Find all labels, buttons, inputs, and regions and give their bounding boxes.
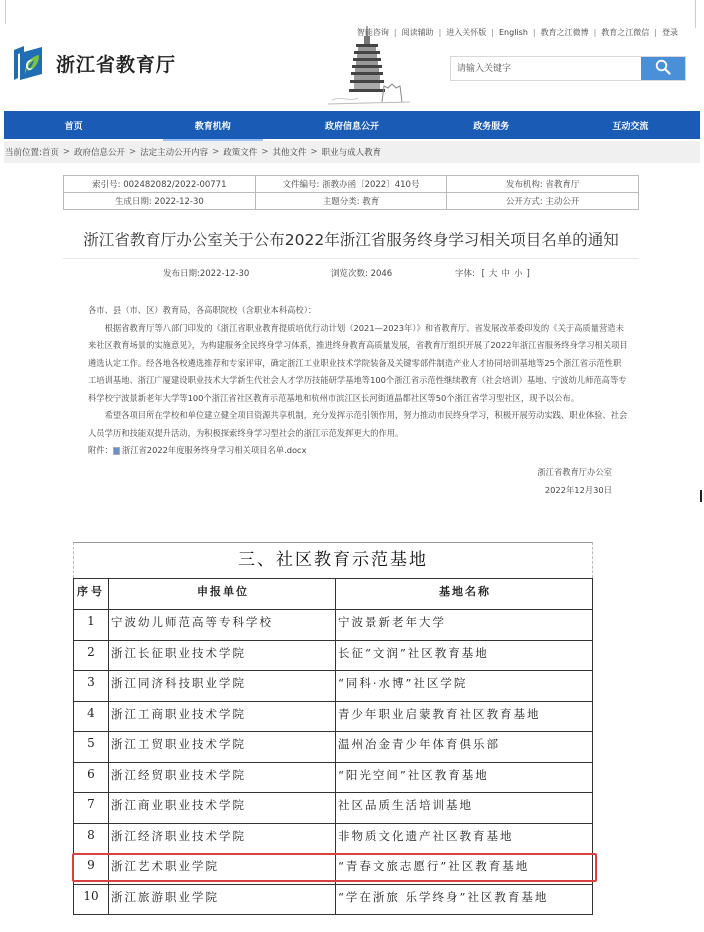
meta-index-no: 索引号: 002482082/2022-00771: [64, 176, 256, 193]
meta-disclosure: 公开方式: 主动公开: [447, 193, 639, 210]
row-unit: 浙江商业职业技术学院: [109, 793, 336, 824]
font-size-control: 字体: [大中小]: [453, 267, 532, 279]
row-unit: 浙江工商职业技术学院: [109, 701, 336, 732]
row-no: 6: [74, 762, 109, 793]
site-name: 浙江省教育厅: [56, 50, 176, 77]
column-header-unit: 申报单位: [109, 579, 336, 610]
section-title: 三、社区教育示范基地: [73, 542, 593, 578]
paragraph-2: 希望各项目所在学校和单位建立健全项目资源共享机制，充分发挥示范引领作用，努力推动…: [88, 407, 628, 442]
divider: |: [594, 28, 597, 37]
attachment-row: 附件： 浙江省2022年度服务终身学习相关项目名单.docx: [88, 442, 628, 460]
site-logo[interactable]: 浙江省教育厅: [12, 44, 176, 82]
row-no: 5: [74, 732, 109, 763]
row-no: 9: [74, 854, 109, 885]
row-base: “学在浙旅 乐学终身”社区教育基地: [336, 884, 593, 915]
salutation: 各市、县（市、区）教育局，各高职院校（含职业本科高校）：: [88, 302, 628, 320]
pagoda-illustration-icon: [322, 24, 412, 108]
row-base: 长征“文润”社区教育基地: [336, 640, 593, 671]
row-base: 宁波景新老年大学: [336, 610, 593, 641]
table-row: 10 浙江旅游职业学院 “学在浙旅 乐学终身”社区教育基地: [74, 884, 593, 915]
signer: 浙江省教育厅办公室: [537, 466, 612, 478]
docx-file-icon: [113, 447, 120, 455]
table-row: 3 浙江同济科技职业学院 “同科·水博”社区学院: [74, 671, 593, 702]
row-base: 社区品质生活培训基地: [336, 793, 593, 824]
row-no: 1: [74, 610, 109, 641]
nav-gov-info[interactable]: 政府信息公开: [282, 111, 421, 139]
bracket-close: ]: [526, 269, 529, 279]
meta-topic: 主题分类: 教育: [255, 193, 447, 210]
window-edge-right: [695, 0, 696, 28]
meta-created: 生成日期: 2022-12-30: [64, 193, 256, 210]
search-icon: [655, 59, 671, 79]
chevron-right-icon: >: [212, 147, 219, 157]
attachment-list: 三、社区教育示范基地 序号 申报单位 基地名称 1 宁波幼儿师范高等专科学校 宁…: [73, 542, 595, 932]
chevron-right-icon: >: [310, 147, 317, 157]
row-unit: 浙江旅游职业学院: [109, 884, 336, 915]
table-row: 5 浙江工贸职业技术学院 温州冶金青少年体育俱乐部: [74, 732, 593, 763]
breadcrumb-vocational[interactable]: 职业与成人教育: [322, 146, 382, 158]
view-count: 浏览次数: 2046: [331, 267, 392, 279]
chevron-right-icon: >: [129, 147, 136, 157]
sign-date: 2022年12月30日: [545, 484, 612, 496]
nav-institutions[interactable]: 教育机构: [143, 111, 282, 139]
meta-doc-no: 文件编号: 浙教办函〔2022〕410号: [255, 176, 447, 193]
breadcrumb: 当前位置: 首页 > 政府信息公开 > 法定主动公开内容 > 政策文件 > 其他…: [4, 141, 700, 163]
font-medium-button[interactable]: 中: [501, 269, 510, 279]
table-header-row: 序号 申报单位 基地名称: [74, 579, 593, 610]
row-base: “阳光空间”社区教育基地: [336, 762, 593, 793]
divider: |: [533, 28, 536, 37]
row-unit: 浙江经贸职业技术学院: [109, 762, 336, 793]
row-unit: 浙江工贸职业技术学院: [109, 732, 336, 763]
row-unit: 浙江同济科技职业学院: [109, 671, 336, 702]
table-row: 1 宁波幼儿师范高等专科学校 宁波景新老年大学: [74, 610, 593, 641]
search-button[interactable]: [641, 57, 685, 80]
divider: |: [654, 28, 657, 37]
row-base: 温州冶金青少年体育俱乐部: [336, 732, 593, 763]
breadcrumb-other[interactable]: 其他文件: [272, 146, 306, 158]
row-unit: 浙江经济职业技术学院: [109, 823, 336, 854]
table-row-highlighted: 9 浙江艺术职业学院 “青春文旅志愿行”社区教育基地: [74, 854, 593, 885]
table-row: 8 浙江经济职业技术学院 非物质文化遗产社区教育基地: [74, 823, 593, 854]
nav-interaction[interactable]: 互动交流: [561, 111, 700, 139]
cursor-mark: [700, 490, 702, 502]
page-title: 浙江省教育厅办公室关于公布2022年浙江省服务终身学习相关项目名单的通知: [63, 228, 639, 250]
row-no: 7: [74, 793, 109, 824]
row-base: “同科·水博”社区学院: [336, 671, 593, 702]
base-list-table: 序号 申报单位 基地名称 1 宁波幼儿师范高等专科学校 宁波景新老年大学 2 浙…: [73, 578, 593, 915]
table-row: 7 浙江商业职业技术学院 社区品质生活培训基地: [74, 793, 593, 824]
paragraph-1: 根据省教育厅等八部门印发的《浙江省职业教育提质培优行动计划（2021—2023年…: [88, 320, 628, 408]
breadcrumb-statutory[interactable]: 法定主动公开内容: [140, 146, 208, 158]
row-no: 8: [74, 823, 109, 854]
row-unit: 宁波幼儿师范高等专科学校: [109, 610, 336, 641]
link-wechat[interactable]: 教育之江微信: [601, 27, 649, 38]
search-input[interactable]: [451, 57, 641, 80]
table-row: 4 浙江工商职业技术学院 青少年职业启蒙教育社区教育基地: [74, 701, 593, 732]
row-base: “青春文旅志愿行”社区教育基地: [336, 854, 593, 885]
main-nav: 首页 教育机构 政府信息公开 政务服务 互动交流: [4, 111, 700, 139]
window-edge: [0, 0, 6, 24]
row-no: 3: [74, 671, 109, 702]
nav-home[interactable]: 首页: [4, 111, 143, 139]
meta-publisher: 发布机构: 省教育厅: [447, 176, 639, 193]
row-base: 非物质文化遗产社区教育基地: [336, 823, 593, 854]
divider: [63, 258, 639, 259]
row-no: 10: [74, 884, 109, 915]
font-large-button[interactable]: 大: [489, 269, 498, 279]
row-no: 4: [74, 701, 109, 732]
breadcrumb-gov-info[interactable]: 政府信息公开: [74, 146, 125, 158]
row-no: 2: [74, 640, 109, 671]
chevron-right-icon: >: [63, 147, 70, 157]
column-header-no: 序号: [74, 579, 109, 610]
nav-services[interactable]: 政务服务: [422, 111, 561, 139]
breadcrumb-policy[interactable]: 政策文件: [223, 146, 257, 158]
font-small-button[interactable]: 小: [514, 269, 523, 279]
article-body: 各市、县（市、区）教育局，各高职院校（含职业本科高校）： 根据省教育厅等八部门印…: [88, 302, 628, 460]
breadcrumb-prefix: 当前位置:: [5, 146, 42, 158]
chevron-right-icon: >: [261, 147, 268, 157]
column-header-base: 基地名称: [336, 579, 593, 610]
bracket-open: [: [482, 269, 485, 279]
table-row: 2 浙江长征职业技术学院 长征“文润”社区教育基地: [74, 640, 593, 671]
publish-date: 发布日期:2022-12-30: [163, 267, 249, 279]
doc-meta-table: 索引号: 002482082/2022-00771 文件编号: 浙教办函〔202…: [63, 175, 639, 210]
website-screenshot: 智能咨询| 阅读辅助| 进入关怀版| English| 教育之江微博| 教育之江…: [0, 0, 704, 505]
divider: |: [491, 28, 494, 37]
font-size-label: 字体:: [455, 269, 475, 279]
link-login[interactable]: 登录: [662, 27, 678, 38]
row-unit: 浙江艺术职业学院: [109, 854, 336, 885]
row-unit: 浙江长征职业技术学院: [109, 640, 336, 671]
attachment-label: 附件：: [88, 442, 113, 460]
divider: |: [439, 28, 442, 37]
search-box: [450, 56, 686, 81]
row-base: 青少年职业启蒙教育社区教育基地: [336, 701, 593, 732]
link-weibo[interactable]: 教育之江微博: [541, 27, 589, 38]
table-row: 6 浙江经贸职业技术学院 “阳光空间”社区教育基地: [74, 762, 593, 793]
book-leaf-logo-icon: [12, 44, 46, 82]
link-english[interactable]: English: [499, 28, 528, 37]
attachment-link[interactable]: 浙江省2022年度服务终身学习相关项目名单.docx: [122, 442, 307, 460]
breadcrumb-home[interactable]: 首页: [42, 146, 59, 158]
link-care-version[interactable]: 进入关怀版: [446, 27, 486, 38]
